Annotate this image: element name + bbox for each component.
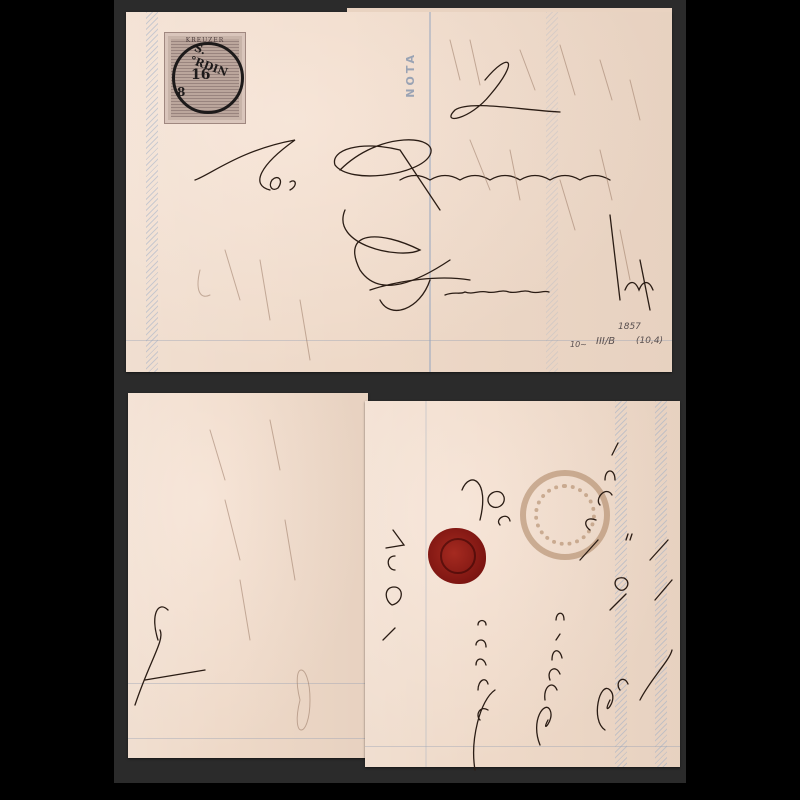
ruling-hatch: [146, 12, 158, 372]
letter-back-left-panel: [128, 393, 368, 758]
docket-received: 18 ": [0, 0, 1, 1]
address-city: Temisvár: [0, 0, 1, 1]
postmark-day: 16: [191, 67, 210, 83]
seal-impression: [440, 538, 476, 574]
ruling-line: [425, 401, 427, 767]
fold-line: [126, 340, 672, 341]
fold-edge: [347, 8, 672, 12]
ruling-hatch: [615, 401, 627, 767]
arrival-postmark: [520, 470, 610, 560]
letter-back-right-panel: [365, 401, 680, 767]
postmark-month: 8: [177, 85, 185, 99]
pencil-position: (10,4): [636, 336, 663, 346]
pencil-catalog: III/B: [596, 336, 615, 347]
address-name: Jos. Rausenberger: [0, 0, 1, 1]
ruling-line: [429, 12, 431, 372]
fold-line: [365, 746, 680, 747]
postmark-circle: S.°RDIN 16 8: [172, 42, 244, 114]
fold-line: [128, 683, 368, 684]
rate-note: fl 20: [0, 0, 1, 1]
ruling-hatch: [655, 401, 667, 767]
fold-line: [128, 738, 368, 739]
docket-year: 1857: [0, 0, 1, 1]
pencil-prefix: 10~: [570, 340, 587, 349]
arrival-postmark-inner-ring: [534, 484, 596, 546]
address-salutation: Herrn: [0, 0, 1, 1]
ruling-hatch: [546, 12, 558, 372]
printed-nota-text: NOTA: [404, 52, 417, 98]
pencil-year: 1857: [618, 322, 641, 332]
red-wax-seal: [428, 528, 486, 584]
docket-sender: Aigner Jos: [0, 0, 1, 1]
docket-place-date: Szegedin 15 Aug: [0, 0, 1, 1]
